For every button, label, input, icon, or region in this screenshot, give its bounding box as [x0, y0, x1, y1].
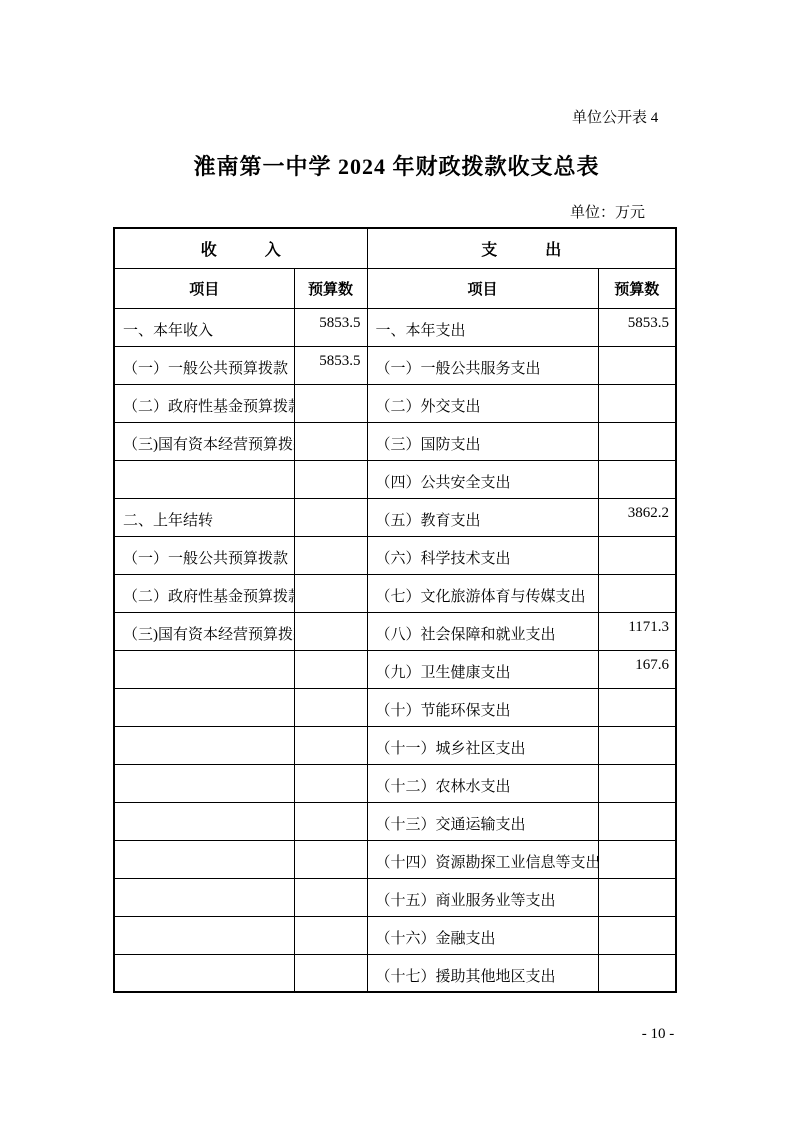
expense-item-cell: （九）卫生健康支出 — [367, 650, 598, 688]
expense-item-cell: （五）教育支出 — [367, 498, 598, 536]
expense-value-cell: 167.6 — [598, 650, 676, 688]
table-row: （四）公共安全支出 — [114, 460, 676, 498]
budget-table-body: 一、本年收入 5853.5 一、本年支出 5853.5 （一）一般公共预算拨款 … — [114, 308, 676, 992]
income-value-cell — [294, 384, 367, 422]
table-row: （三)国有资本经营预算拨款 （三）国防支出 — [114, 422, 676, 460]
table-row: （二）政府性基金预算拨款 （七）文化旅游体育与传媒支出 — [114, 574, 676, 612]
income-item-cell: （二）政府性基金预算拨款 — [114, 574, 294, 612]
expense-value-cell — [598, 916, 676, 954]
income-item-cell — [114, 650, 294, 688]
expense-value-cell — [598, 726, 676, 764]
income-item-cell — [114, 726, 294, 764]
income-budget-col-header: 预算数 — [294, 268, 367, 308]
expense-value-cell — [598, 802, 676, 840]
budget-table: 收 入 支 出 项目 预算数 项目 预算数 一、本年收入 5853.5 一、本年… — [113, 227, 677, 993]
expense-item-cell: （二）外交支出 — [367, 384, 598, 422]
income-value-cell: 5853.5 — [294, 308, 367, 346]
unit-note: 单位：万元 — [570, 201, 645, 222]
income-value-cell — [294, 612, 367, 650]
table-row: （一）一般公共预算拨款 （六）科学技术支出 — [114, 536, 676, 574]
income-item-cell — [114, 764, 294, 802]
expense-item-cell: （十七）援助其他地区支出 — [367, 954, 598, 992]
income-value-cell — [294, 460, 367, 498]
income-item-cell — [114, 878, 294, 916]
expense-item-cell: （三）国防支出 — [367, 422, 598, 460]
table-row: （九）卫生健康支出 167.6 — [114, 650, 676, 688]
expense-item-cell: （四）公共安全支出 — [367, 460, 598, 498]
expense-value-cell: 1171.3 — [598, 612, 676, 650]
table-row: （十二）农林水支出 — [114, 764, 676, 802]
table-row: （十四）资源勘探工业信息等支出 — [114, 840, 676, 878]
expense-item-cell: （十二）农林水支出 — [367, 764, 598, 802]
table-row: （十五）商业服务业等支出 — [114, 878, 676, 916]
expense-value-cell — [598, 878, 676, 916]
table-row: 一、本年收入 5853.5 一、本年支出 5853.5 — [114, 308, 676, 346]
income-item-cell — [114, 954, 294, 992]
income-item-cell — [114, 688, 294, 726]
table-row: （十一）城乡社区支出 — [114, 726, 676, 764]
expense-value-cell — [598, 688, 676, 726]
expense-item-cell: （十五）商业服务业等支出 — [367, 878, 598, 916]
income-value-cell — [294, 422, 367, 460]
income-item-cell: 二、上年结转 — [114, 498, 294, 536]
expense-item-cell: （十一）城乡社区支出 — [367, 726, 598, 764]
income-value-cell — [294, 916, 367, 954]
expense-value-cell — [598, 346, 676, 384]
income-item-cell — [114, 840, 294, 878]
expense-item-cell: （六）科学技术支出 — [367, 536, 598, 574]
income-value-cell — [294, 536, 367, 574]
expense-item-cell: （十三）交通运输支出 — [367, 802, 598, 840]
document-page: { "page": { "doc_label": "单位公开表 4", "tit… — [0, 0, 793, 1122]
income-section-header: 收 入 — [114, 228, 367, 268]
income-value-cell — [294, 802, 367, 840]
income-value-cell — [294, 764, 367, 802]
expense-item-cell: （七）文化旅游体育与传媒支出 — [367, 574, 598, 612]
income-value-cell — [294, 840, 367, 878]
expense-item-cell: （十六）金融支出 — [367, 916, 598, 954]
income-value-cell — [294, 878, 367, 916]
table-row: 二、上年结转 （五）教育支出 3862.2 — [114, 498, 676, 536]
expense-value-cell — [598, 460, 676, 498]
income-value-cell — [294, 954, 367, 992]
expense-value-cell — [598, 574, 676, 612]
income-value-cell — [294, 650, 367, 688]
table-row: （十三）交通运输支出 — [114, 802, 676, 840]
income-value-cell: 5853.5 — [294, 346, 367, 384]
expense-item-cell: 一、本年支出 — [367, 308, 598, 346]
page-number: - 10 - — [600, 1026, 716, 1043]
income-item-cell: 一、本年收入 — [114, 308, 294, 346]
page-title: 淮南第一中学 2024 年财政拨款收支总表 — [0, 150, 793, 181]
income-item-cell — [114, 802, 294, 840]
expense-value-cell — [598, 536, 676, 574]
table-row: （十）节能环保支出 — [114, 688, 676, 726]
expense-value-cell — [598, 384, 676, 422]
expense-value-cell — [598, 422, 676, 460]
budget-table-header: 收 入 支 出 项目 预算数 项目 预算数 — [114, 228, 676, 308]
income-item-cell — [114, 916, 294, 954]
expense-value-cell — [598, 954, 676, 992]
income-value-cell — [294, 688, 367, 726]
expense-item-cell: （八）社会保障和就业支出 — [367, 612, 598, 650]
table-row: （二）政府性基金预算拨款 （二）外交支出 — [114, 384, 676, 422]
expense-budget-col-header: 预算数 — [598, 268, 676, 308]
table-group-header-row: 收 入 支 出 — [114, 228, 676, 268]
expense-item-cell: （十四）资源勘探工业信息等支出 — [367, 840, 598, 878]
expense-value-cell: 5853.5 — [598, 308, 676, 346]
doc-label: 单位公开表 4 — [572, 106, 658, 127]
expense-item-cell: （一）一般公共服务支出 — [367, 346, 598, 384]
expense-value-cell — [598, 764, 676, 802]
income-item-cell: （二）政府性基金预算拨款 — [114, 384, 294, 422]
expense-section-header: 支 出 — [367, 228, 676, 268]
income-item-cell: （一）一般公共预算拨款 — [114, 346, 294, 384]
income-item-col-header: 项目 — [114, 268, 294, 308]
table-row: （一）一般公共预算拨款 5853.5 （一）一般公共服务支出 — [114, 346, 676, 384]
expense-value-cell — [598, 840, 676, 878]
income-item-cell: （三)国有资本经营预算拨款 — [114, 612, 294, 650]
table-row: （十六）金融支出 — [114, 916, 676, 954]
table-row: （三)国有资本经营预算拨款 （八）社会保障和就业支出 1171.3 — [114, 612, 676, 650]
income-item-cell — [114, 460, 294, 498]
table-row: （十七）援助其他地区支出 — [114, 954, 676, 992]
expense-value-cell: 3862.2 — [598, 498, 676, 536]
income-value-cell — [294, 574, 367, 612]
income-item-cell: （一）一般公共预算拨款 — [114, 536, 294, 574]
expense-item-cell: （十）节能环保支出 — [367, 688, 598, 726]
expense-item-col-header: 项目 — [367, 268, 598, 308]
table-column-header-row: 项目 预算数 项目 预算数 — [114, 268, 676, 308]
income-value-cell — [294, 726, 367, 764]
income-value-cell — [294, 498, 367, 536]
income-item-cell: （三)国有资本经营预算拨款 — [114, 422, 294, 460]
